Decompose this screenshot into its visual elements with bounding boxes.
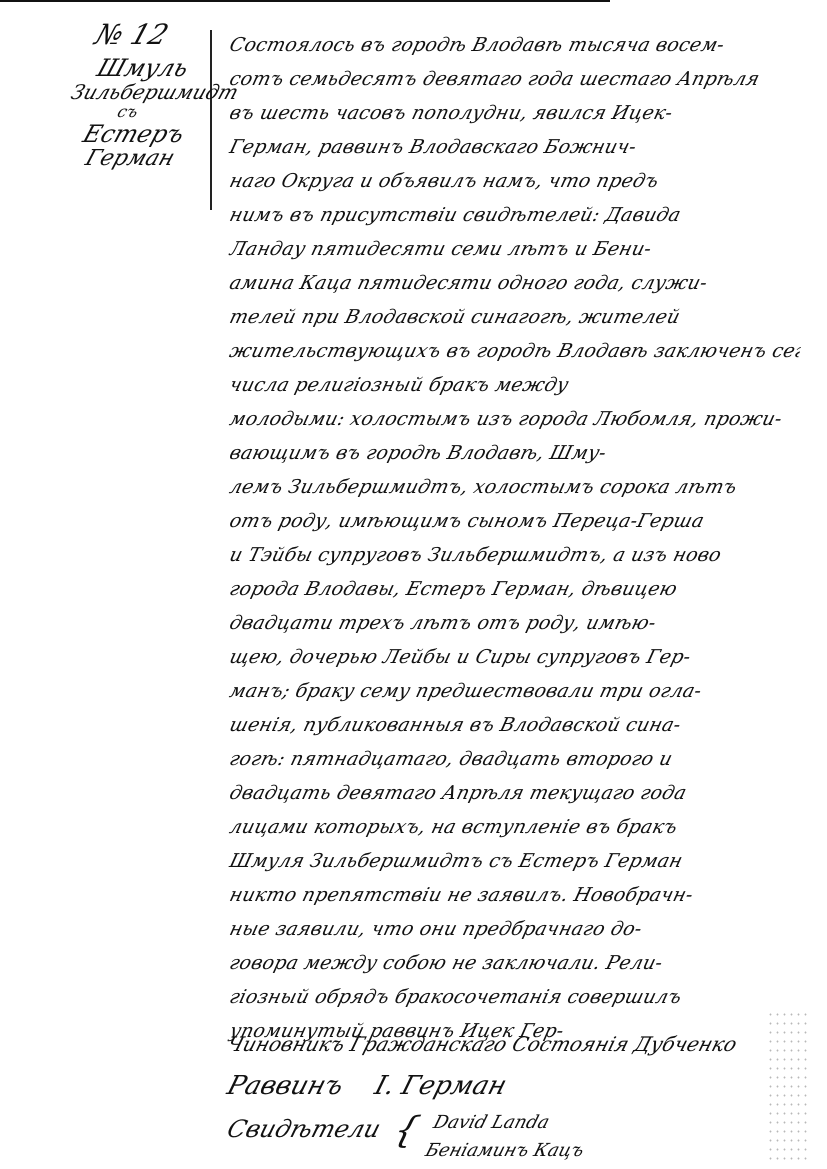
margin-bride-first-name: Естеръ bbox=[80, 121, 223, 147]
body-line: жительствующихъ въ городѣ Влодавѣ заключ… bbox=[226, 334, 804, 368]
body-line: наго Округа и объявилъ намъ, что предъ bbox=[226, 164, 804, 198]
body-line: Герман, раввинъ Влодавскаго Божнич- bbox=[226, 130, 804, 164]
body-line: въ шесть часовъ пополудни, явился Ицек- bbox=[226, 96, 804, 130]
margin-bride-surname: Герман bbox=[82, 147, 222, 171]
witnesses-label: Свидѣтели bbox=[224, 1115, 384, 1143]
body-line: отъ роду, имѣющимъ сыномъ Перецa-Герша bbox=[226, 504, 804, 538]
body-line: молодыми: холостымъ изъ города Любомля, … bbox=[226, 402, 804, 436]
body-line: гогѣ: пятнадцатаго, двадцать второго и bbox=[226, 742, 804, 776]
body-line: Состоялось въ городѣ Влодавѣ тысяча восе… bbox=[226, 28, 804, 62]
body-line: ные заявили, что они предбрачнаго до- bbox=[226, 912, 804, 946]
body-line: и Тэйбы супруговъ Зильбершмидтъ, а изъ н… bbox=[226, 538, 804, 572]
body-line: города Влодавы, Естеръ Герман, дѣвицею bbox=[226, 572, 804, 606]
body-line: вающимъ въ городѣ Влодавѣ, Шму- bbox=[226, 436, 804, 470]
signatures-block: Чиновникъ Гражданскаго Состоянія Дубченк… bbox=[228, 1025, 788, 1149]
body-line: лицами которыхъ, на вступленіе въ бракъ bbox=[226, 810, 804, 844]
witness-2-signature: Беніаминъ Кацъ bbox=[423, 1140, 587, 1161]
body-line: говора между собою не заключали. Рели- bbox=[226, 946, 804, 980]
body-line: нимъ въ присутствіи свидѣтелей: Давида bbox=[226, 198, 804, 232]
body-line: двадцать девятаго Апрѣля текущаго года bbox=[226, 776, 804, 810]
margin-conjunction: съ bbox=[115, 103, 221, 121]
body-line: манъ; браку сему предшествовали три оглa… bbox=[226, 674, 804, 708]
body-line: телей при Влодавской синагогѣ, жителей bbox=[226, 300, 804, 334]
margin-groom-first-name: Шмуль bbox=[94, 55, 223, 81]
record-body: Состоялось въ городѣ Влодавѣ тысяча восе… bbox=[230, 28, 800, 1048]
record-number: № 12 bbox=[91, 20, 223, 51]
body-line: Ландау пятидесяти семи лѣтъ и Бени- bbox=[226, 232, 804, 266]
top-rule bbox=[0, 0, 610, 2]
body-line: никто препятствіи не заявилъ. Новобрачн- bbox=[226, 878, 804, 912]
body-line: щею, дочерью Лейбы и Сuры супруговъ Гер- bbox=[226, 640, 804, 674]
witness-names: David Landa Беніаминъ Кацъ bbox=[422, 1109, 596, 1165]
rabbi-name: I. Герман bbox=[371, 1071, 510, 1101]
margin-column: № 12 Шмуль Зильбершмидт съ Естеръ Герман bbox=[78, 20, 218, 171]
scan-noise bbox=[767, 1010, 807, 1160]
witnesses-signature: Свидѣтели { David Landa Беніаминъ Кацъ bbox=[222, 1109, 793, 1149]
body-line: гіозный обрядъ бракосочетанія совершилъ bbox=[226, 980, 804, 1014]
rabbi-signature: Раввинъ I. Герман bbox=[221, 1063, 794, 1109]
body-line: двадцати трехъ лѣтъ отъ роду, имѣю- bbox=[226, 606, 804, 640]
body-line: амина Каца пятидесяти одного года, служи… bbox=[226, 266, 804, 300]
body-line: сотъ семьдесятъ девятаго года шестаго Ап… bbox=[226, 62, 804, 96]
brace-icon: { bbox=[389, 1110, 424, 1151]
body-line: шенія, публикованныя въ Влодавской сина- bbox=[226, 708, 804, 742]
body-line: лемъ Зильбершмидтъ, холостымъ сорока лѣт… bbox=[226, 470, 804, 504]
margin-groom-surname: Зильбершмидт bbox=[68, 81, 221, 103]
civil-official-signature: Чиновникъ Гражданскаго Состоянія Дубченк… bbox=[223, 1025, 794, 1063]
witness-1-signature: David Landa bbox=[431, 1112, 552, 1133]
rabbi-label: Раввинъ bbox=[224, 1071, 347, 1101]
body-line: Шмуля Зильбершмидтъ съ Естеръ Герман bbox=[226, 844, 804, 878]
body-line: числа религіозный бракъ между bbox=[226, 368, 804, 402]
